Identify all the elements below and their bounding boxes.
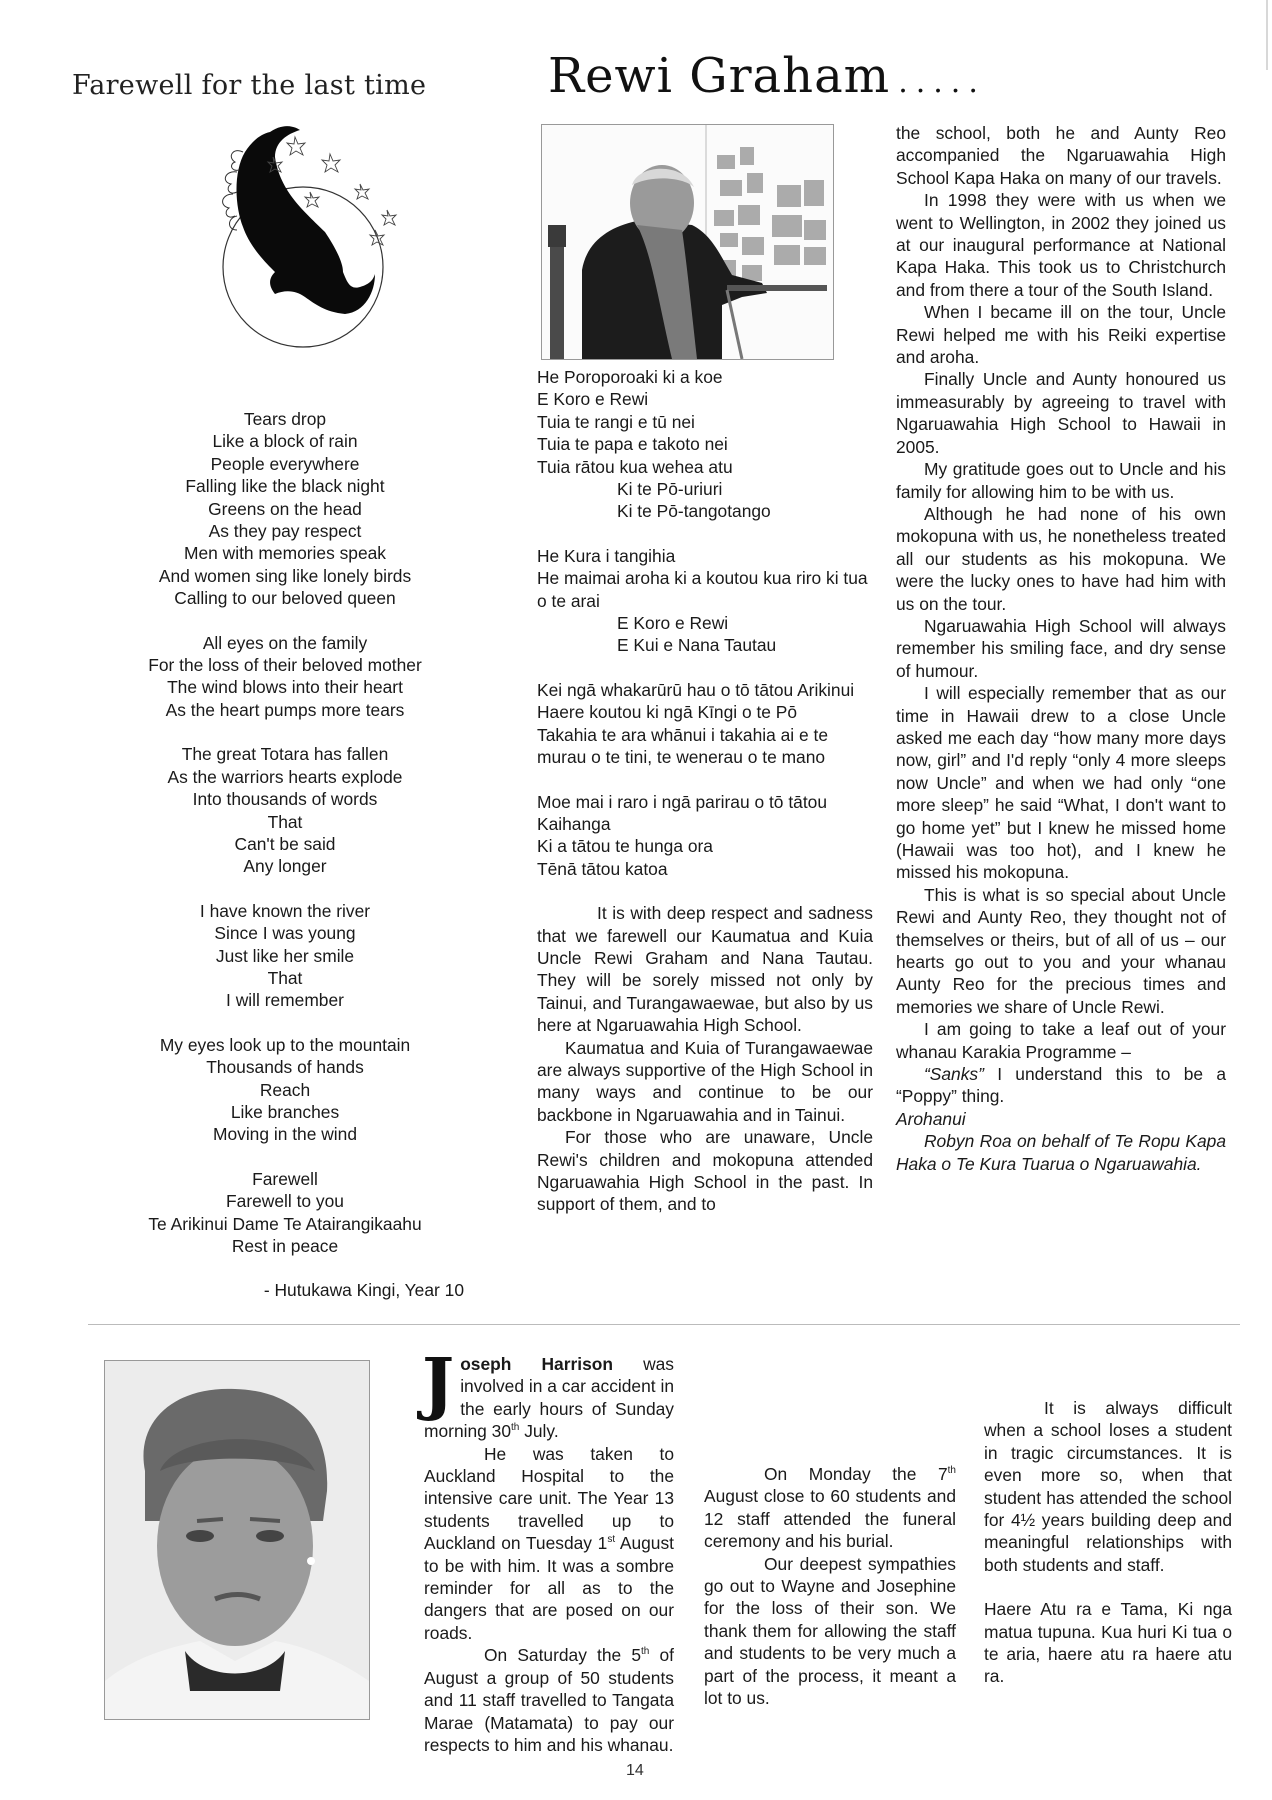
kaumatua-bird-moon-stars-icon (175, 112, 405, 362)
rewi-column-right: the school, both he and Aunty Reo accomp… (896, 122, 1226, 1175)
signature: Robyn Roa on behalf of Te Ropu Kapa Haka… (896, 1130, 1226, 1175)
poem-line: Can't be said (100, 833, 470, 855)
joseph-name: oseph Harrison (460, 1354, 613, 1374)
verse-line: Tuia rātou kua wehea atu (537, 456, 873, 478)
drop-cap: J (422, 1355, 454, 1413)
verse-line-indented: Ki te Pō-uriuri (537, 478, 873, 500)
tribute-paragraph: Ngaruawahia High School will always reme… (896, 615, 1226, 682)
poem-line: Like a block of rain (100, 430, 470, 452)
poem-line: And women sing like lonely birds (100, 565, 470, 587)
page-number: 14 (626, 1762, 644, 1780)
poem-stanza: Tears dropLike a block of rainPeople eve… (100, 408, 470, 610)
poem-stanza: FarewellFarewell to youTe Arikinui Dame … (100, 1168, 470, 1258)
poem-line: As the heart pumps more tears (100, 699, 470, 721)
rewi-graham-photo (541, 124, 834, 360)
poem-author: - Hutukawa Kingi, Year 10 (100, 1279, 470, 1301)
joseph-paragraph-7: Haere Atu ra e Tama, Ki nga matua tupuna… (984, 1598, 1232, 1688)
poem-stanza: The great Totara has fallenAs the warrio… (100, 743, 470, 877)
tribute-paragraph: Finally Uncle and Aunty honoured us imme… (896, 368, 1226, 458)
joseph-column-2: On Monday the 7th August close to 60 stu… (704, 1463, 956, 1709)
tribute-paragraph: My gratitude goes out to Uncle and his f… (896, 458, 1226, 503)
poem-line: Reach (100, 1079, 470, 1101)
joseph-paragraph-2: He was taken to Auckland Hospital to the… (424, 1443, 674, 1645)
poem-line: Like branches (100, 1101, 470, 1123)
title-ellipsis: ..... (898, 65, 986, 100)
poem-line: Men with memories speak (100, 542, 470, 564)
verse-line: Takahia te ara whānui i takahia ai e te … (537, 724, 873, 769)
poem-line: I will remember (100, 989, 470, 1011)
poem-line: Just like her smile (100, 945, 470, 967)
poem-line: Since I was young (100, 922, 470, 944)
poem-line: Farewell to you (100, 1190, 470, 1212)
joseph-paragraph-6: It is always difficult when a school los… (984, 1397, 1232, 1576)
poem-stanza: All eyes on the familyFor the loss of th… (100, 632, 470, 722)
poem-line: Greens on the head (100, 498, 470, 520)
tribute-paragraph: For those who are unaware, Uncle Rewi's … (537, 1126, 873, 1216)
joseph-paragraph: On Monday the 7th August close to 60 stu… (704, 1463, 956, 1553)
poem-line: Thousands of hands (100, 1056, 470, 1078)
tribute-paragraph: In 1998 they were with us when we went t… (896, 189, 1226, 301)
verse-line: Tuia te rangi e tū nei (537, 411, 873, 433)
tribute-paragraphs-right: the school, both he and Aunty Reo accomp… (896, 122, 1226, 1063)
tribute-paragraph: the school, both he and Aunty Reo accomp… (896, 122, 1226, 189)
tribute-paragraphs-middle: It is with deep respect and sadness that… (537, 902, 873, 1216)
poem-line: As the warriors hearts explode (100, 766, 470, 788)
verse-line-indented: Ki te Pō-tangotango (537, 500, 873, 522)
poem-body: Tears dropLike a block of rainPeople eve… (100, 408, 470, 1302)
verse-line: Tuia te papa e takoto nei (537, 433, 873, 455)
joseph-paragraph-3: On Saturday the 5th of August a group of… (424, 1644, 674, 1756)
tribute-paragraph: I am going to take a leaf out of your wh… (896, 1018, 1226, 1063)
tribute-paragraph: Kaumatua and Kuia of Turangawaewae are a… (537, 1037, 873, 1127)
joseph-column-3: It is always difficult when a school los… (984, 1397, 1232, 1688)
poem-line: Farewell (100, 1168, 470, 1190)
poem-line: I have known the river (100, 900, 470, 922)
poem-line: Falling like the black night (100, 475, 470, 497)
poem-title: Farewell for the last time (72, 70, 426, 101)
verse-line: Haere koutou ki ngā Kīngi o te Pō (537, 701, 873, 723)
karakia-verse-2: He Kura i tangihiaHe maimai aroha ki a k… (537, 545, 873, 657)
poem-line: Rest in peace (100, 1235, 470, 1257)
article-title: Rewi Graham..... (548, 48, 986, 104)
sanks-quote: “Sanks” (924, 1064, 984, 1084)
poem-stanza: I have known the riverSince I was youngJ… (100, 900, 470, 1012)
joseph-harrison-photo (104, 1360, 370, 1720)
poem-line: That (100, 811, 470, 833)
tribute-paragraph: Although he had none of his own mokopuna… (896, 503, 1226, 615)
rewi-column-middle: He Poroporoaki ki a koeE Koro e RewiTuia… (537, 366, 873, 1216)
poem-line: Tears drop (100, 408, 470, 430)
poem-line: All eyes on the family (100, 632, 470, 654)
karakia-verse-1: He Poroporoaki ki a koeE Koro e RewiTuia… (537, 366, 873, 523)
verse-line: He maimai aroha ki a koutou kua riro ki … (537, 567, 873, 612)
poem-line: As they pay respect (100, 520, 470, 542)
article-title-text: Rewi Graham (548, 48, 890, 104)
section-divider (88, 1324, 1240, 1325)
poem-line: Any longer (100, 855, 470, 877)
verse-line: Kei ngā whakarūrū hau o tō tātou Arikinu… (537, 679, 873, 701)
poem-line: People everywhere (100, 453, 470, 475)
verse-line: He Poroporoaki ki a koe (537, 366, 873, 388)
poem-line: For the loss of their beloved mother (100, 654, 470, 676)
joseph-column-1: Joseph Harrison was involved in a car ac… (424, 1353, 674, 1756)
poem-line: Te Arikinui Dame Te Atairangikaahu (100, 1213, 470, 1235)
poem-line: My eyes look up to the mountain (100, 1034, 470, 1056)
poem-stanza: My eyes look up to the mountainThousands… (100, 1034, 470, 1146)
poem-line: Into thousands of words (100, 788, 470, 810)
karakia-verse-3: Kei ngā whakarūrū hau o tō tātou Arikinu… (537, 679, 873, 769)
joseph-paragraph-1: Joseph Harrison was involved in a car ac… (424, 1353, 674, 1443)
joseph-paragraph: Our deepest sympathies go out to Wayne a… (704, 1553, 956, 1710)
verse-line: Tēnā tātou katoa (537, 858, 873, 880)
tribute-paragraph: This is what is so special about Uncle R… (896, 884, 1226, 1018)
poem-line: Calling to our beloved queen (100, 587, 470, 609)
verse-line: Moe mai i raro i ngā parirau o tō tātou … (537, 791, 873, 836)
tribute-paragraph: It is with deep respect and sadness that… (537, 902, 873, 1036)
verse-line: He Kura i tangihia (537, 545, 873, 567)
poem-line: The wind blows into their heart (100, 676, 470, 698)
verse-line-indented: E Koro e Rewi (537, 612, 873, 634)
verse-line: E Koro e Rewi (537, 388, 873, 410)
verse-line-indented: E Kui e Nana Tautau (537, 634, 873, 656)
tribute-paragraph: When I became ill on the tour, Uncle Rew… (896, 301, 1226, 368)
poem-line: Moving in the wind (100, 1123, 470, 1145)
poem-line: That (100, 967, 470, 989)
scan-edge-line (1266, 0, 1268, 70)
sanks-paragraph: “Sanks” I understand this to be a “Poppy… (896, 1063, 1226, 1108)
verse-line: Ki a tātou te hunga ora (537, 835, 873, 857)
poem-line: The great Totara has fallen (100, 743, 470, 765)
signoff: Arohanui (896, 1108, 1226, 1130)
karakia-verse-4: Moe mai i raro i ngā parirau o tō tātou … (537, 791, 873, 881)
tribute-paragraph: I will especially remember that as our t… (896, 682, 1226, 884)
